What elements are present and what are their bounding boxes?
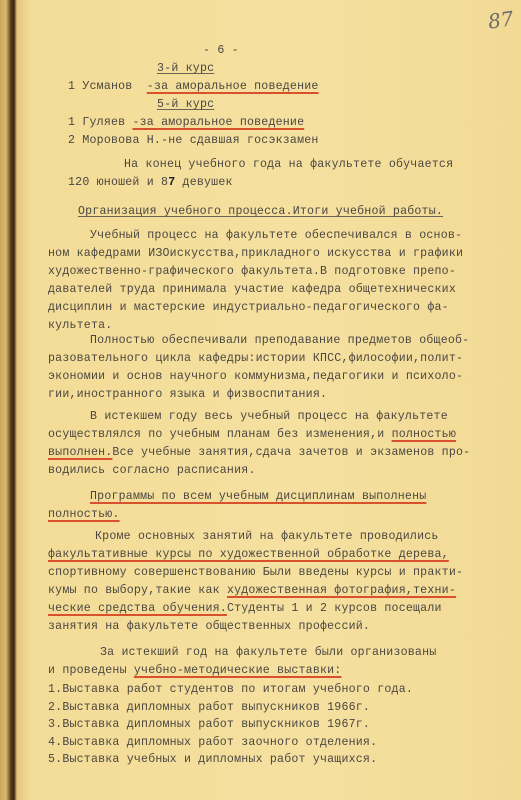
- list-item: 5.Выставка учебных и дипломных работ уча…: [48, 753, 377, 767]
- paragraph-line: водились согласно расписания.: [48, 464, 256, 478]
- paragraph-line: ном кафедрами ИЗОискусства,прикладного и…: [48, 247, 463, 261]
- paragraph-line: В истекшем году весь учебный процесс на …: [90, 410, 448, 424]
- course-heading: 3-й курс: [157, 62, 214, 76]
- list-item: 2 Моровова Н.-не сдавшая госэкзамен: [68, 134, 319, 148]
- list-item: 1 Усманов -за аморальное поведение: [68, 80, 319, 94]
- paragraph-line: разовательного цикла кафедры:истории КПС…: [48, 352, 463, 366]
- list-item: 2.Выставка дипломных работ выпускников 1…: [48, 701, 370, 715]
- list-item: 4.Выставка дипломных работ заочного отде…: [48, 736, 377, 750]
- paragraph-line: гии,иностранного языка и физвоспитания.: [48, 388, 327, 402]
- paragraph-line: кумы по выбору,такие как художественная …: [48, 584, 456, 598]
- paragraph-line: Учебный процесс на факультете обеспечива…: [90, 229, 462, 243]
- list-item: 1.Выставка работ студентов по итогам уче…: [48, 683, 413, 697]
- paragraph-line: осуществлялся по учебным планам без изме…: [48, 428, 456, 442]
- paragraph-line: дисциплин и мастерские индустриально-пед…: [48, 301, 449, 315]
- paragraph-line: выполнен.Все учебные занятия,сдача зачет…: [48, 446, 470, 460]
- course-heading: 5-й курс: [157, 98, 214, 112]
- paragraph-line: За истекший год на факультете были орган…: [100, 646, 436, 660]
- paragraph-line: факультативные курсы по художественной о…: [48, 548, 449, 562]
- paragraph-line: культета.: [48, 319, 112, 333]
- document-page: 87 - 6 - 3-й курс 1 Усманов -за аморальн…: [0, 0, 521, 800]
- paragraph-line: художественно-графического факультета.В …: [48, 265, 456, 279]
- enrollment-line: 120 юношей и 87 девушек: [68, 176, 233, 190]
- paragraph-line: спортивному совершенствованию Были введе…: [48, 566, 463, 580]
- list-item: 3.Выставка дипломных работ выпускников 1…: [48, 718, 370, 732]
- paragraph-line: занятия на факультете общественных профе…: [48, 620, 370, 634]
- paragraph-line: Полностью обеспечивали преподавание пред…: [90, 334, 469, 348]
- paragraph-line: полностью.: [48, 508, 120, 522]
- paragraph-line: давателей труда принимала участие кафедр…: [48, 283, 456, 297]
- paragraph-line: Кроме основных занятий на факультете про…: [95, 530, 439, 544]
- handwritten-folio-number: 87: [486, 6, 515, 33]
- list-item: 1 Гуляев -за аморальное поведение: [68, 116, 304, 130]
- section-title: Организация учебного процесса.Итоги учеб…: [78, 205, 443, 219]
- page-number: - 6 -: [203, 44, 239, 58]
- paragraph-line: и проведены учебно-методические выставки…: [48, 664, 341, 678]
- paragraph-line: Программы по всем учебным дисциплинам вы…: [90, 490, 426, 504]
- enrollment-line: На конец учебного года на факультете обу…: [124, 158, 453, 172]
- paragraph-line: ческие средства обучения.Студенты 1 и 2 …: [48, 602, 442, 616]
- paragraph-line: экономии и основ научного коммунизма,пед…: [48, 370, 463, 384]
